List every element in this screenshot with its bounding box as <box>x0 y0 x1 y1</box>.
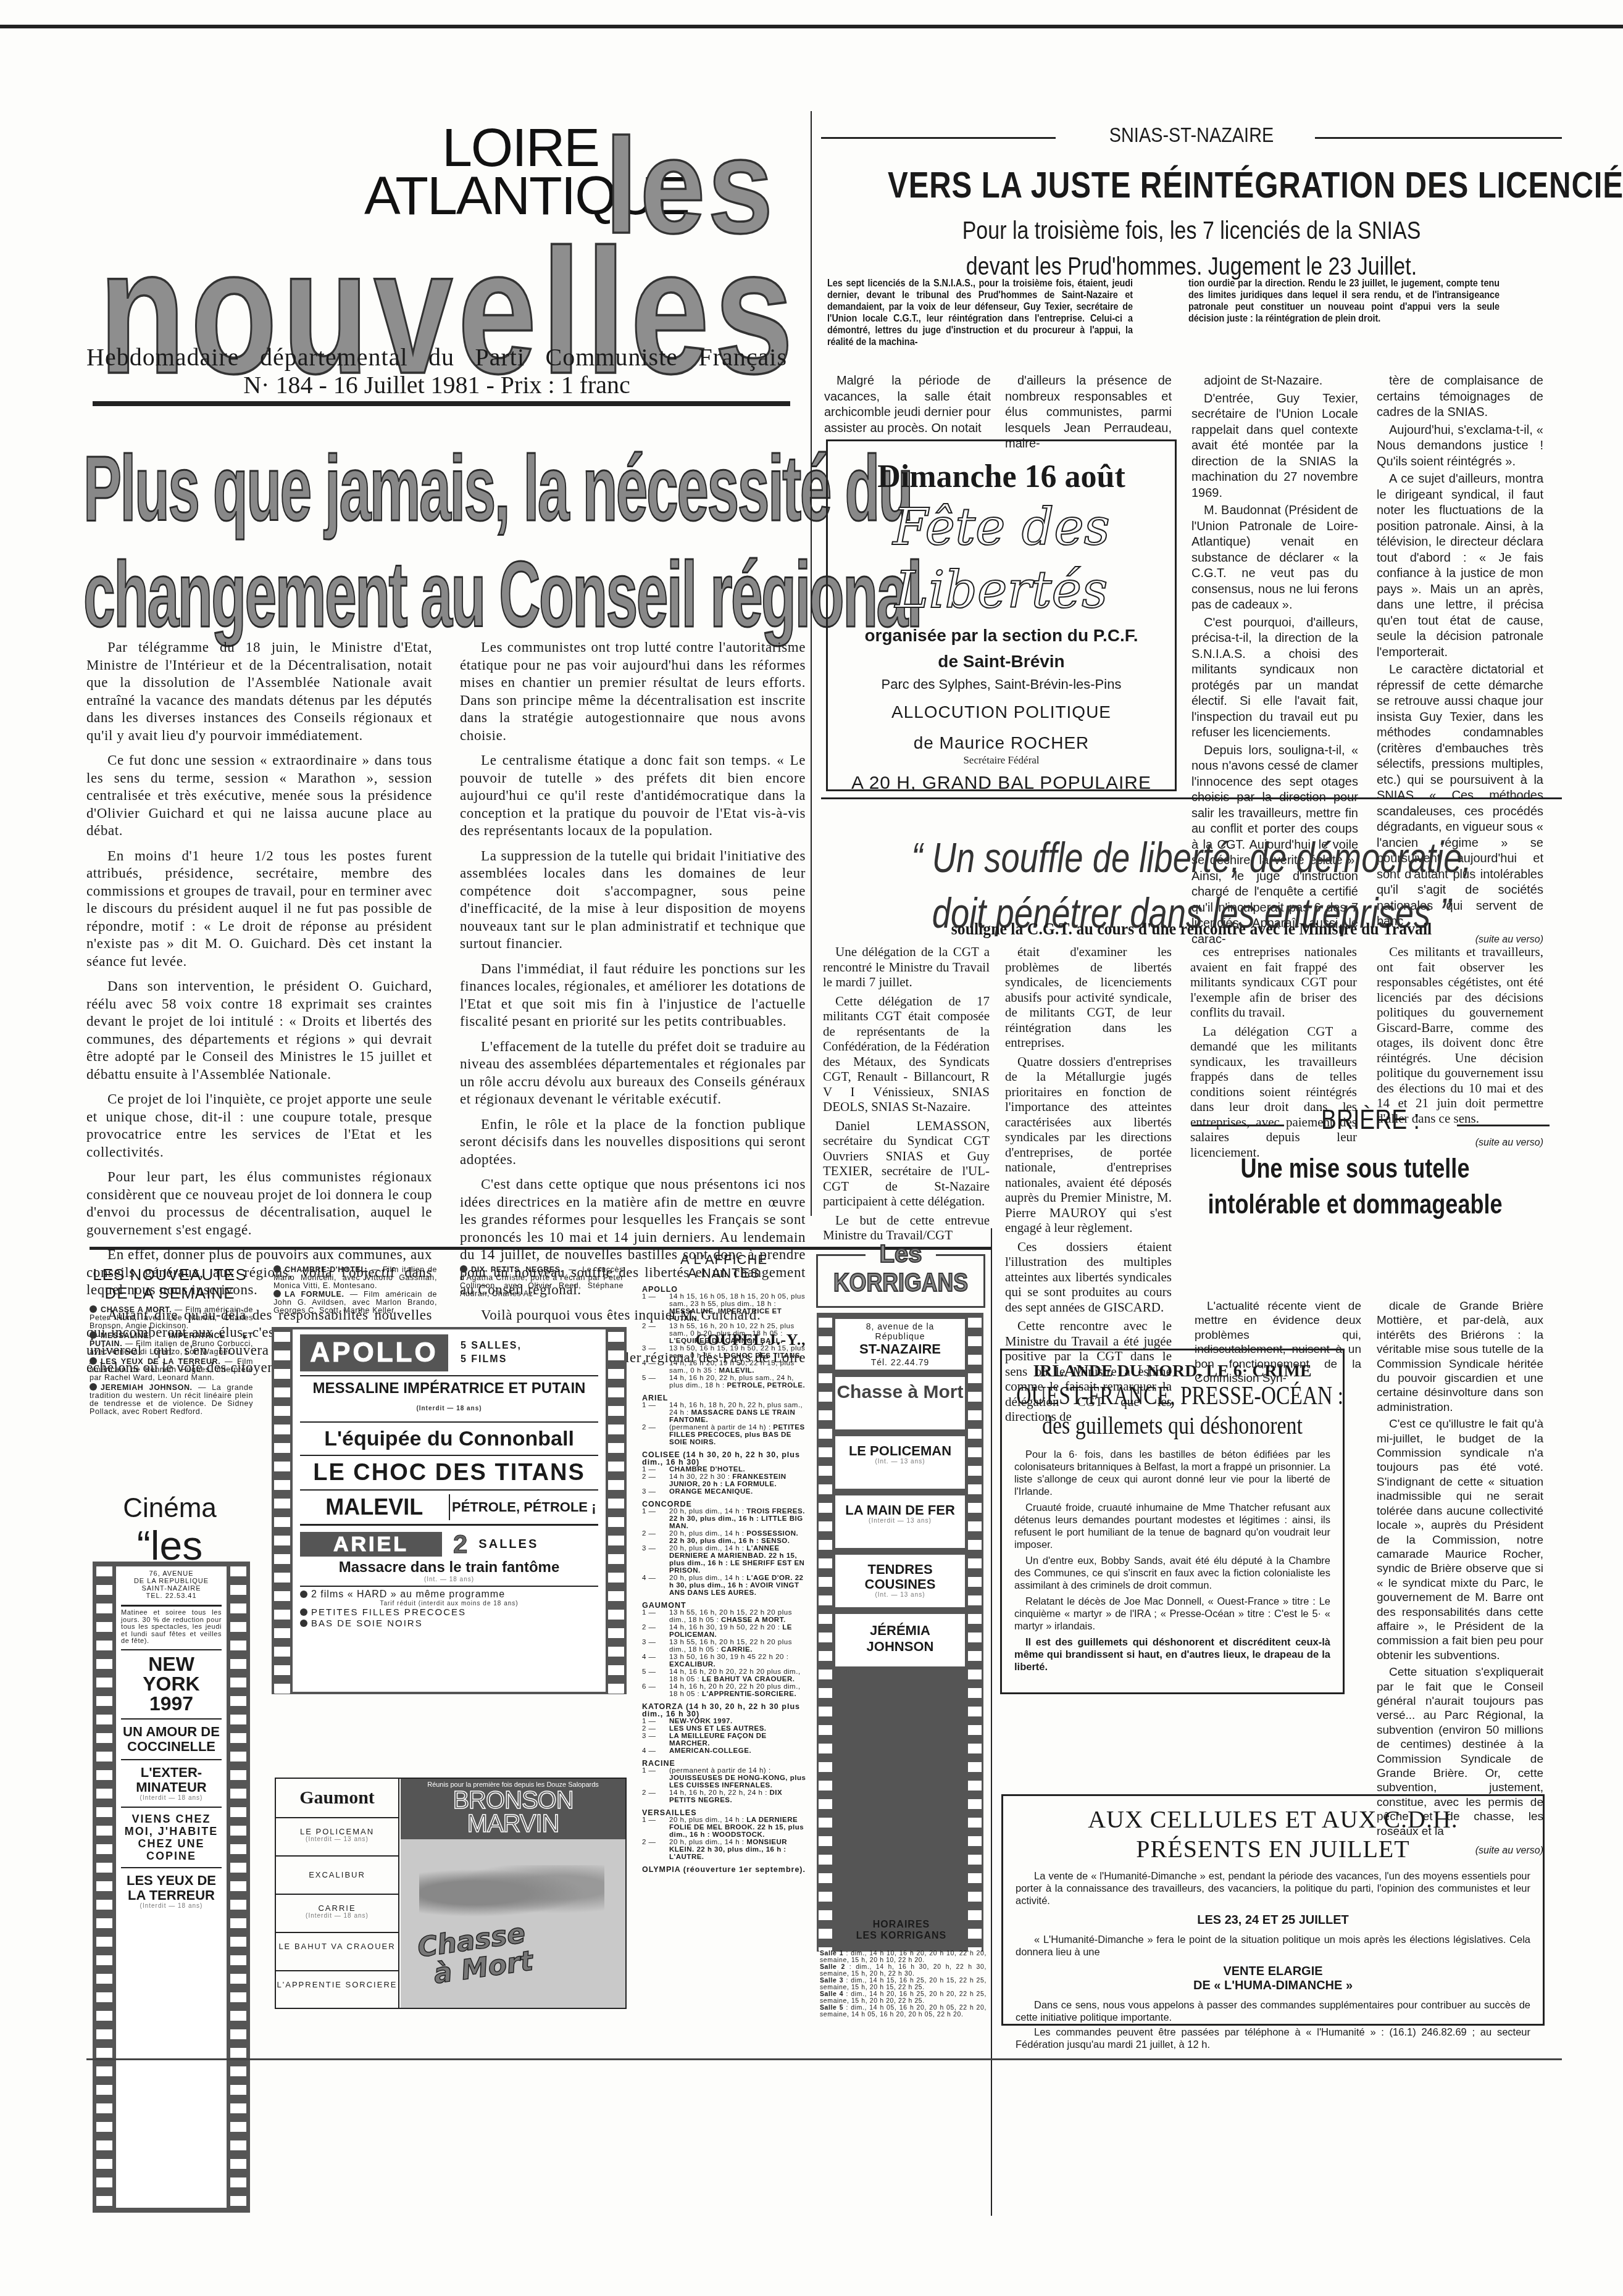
cinema-club-filmstrip: 76, AVENUE DE LA REPUBLIQUE SAINT-NAZAIR… <box>93 1562 250 2213</box>
nouveautes-list-2: CHAMBRE D'HOTEL. — Film italien de Mario… <box>273 1265 437 1315</box>
fete-date: Dimanche 16 août <box>828 459 1175 495</box>
screen-number: 1 — <box>642 1402 669 1424</box>
cinema-name: KATORZA (14 h 30, 20 h, 22 h 30 plus dim… <box>642 1703 809 1718</box>
paragraph: Ce projet de loi l'inquiète, ce projet a… <box>86 1091 432 1161</box>
chasse-a-mort-poster: Réunis pour la première fois depuis les … <box>401 1779 625 2008</box>
fete-organizer: organisée par la section du P.C.F. <box>828 625 1175 647</box>
paragraph: tère de complaisance de certains témoign… <box>1377 373 1543 421</box>
horaires-title-1: HORAIRES <box>815 1920 988 1931</box>
showtime-row: 2 —14 h, 16 h 30, 19 h 50, 22 h 20 : LE … <box>642 1624 809 1639</box>
paragraph: Quatre dossiers d'entreprises de la Méta… <box>1005 1054 1172 1236</box>
fete-speaker: de Maurice ROCHER <box>828 732 1175 754</box>
korrigans-title-2: KORRIGANS <box>827 1268 975 1297</box>
nouveautes-list: CHASSE A MORT. — Film américain de Peter… <box>90 1305 253 1417</box>
film-title: LES YEUX DE LA TERREUR. <box>101 1357 220 1366</box>
fete-title-line2: Libertés <box>828 560 1175 621</box>
bullet-icon <box>90 1305 97 1313</box>
film-title: LA FORMULE. <box>285 1290 344 1299</box>
briere-kicker-label: BRIÈRE : <box>1219 1105 1523 1136</box>
paragraph: L'effacement de la tutelle du préfet doi… <box>460 1038 806 1108</box>
film-title: PETITES FILLES PRECOCES, plus BAS DE SOI… <box>669 1424 805 1446</box>
ariel-hard-note: Tarif réduit (interdit aux moins de 18 a… <box>300 1600 598 1607</box>
korrigans-film: JÉRÉMIA JOHNSON <box>835 1614 965 1666</box>
film-title: EXCALIBUR <box>276 1870 398 1879</box>
apollo-tagline-1: 5 SALLES, <box>461 1339 522 1353</box>
film-title: L'EXTER-MINATEUR <box>121 1765 222 1795</box>
snias-kicker-label: SNIAS-ST-NAZAIRE <box>877 123 1506 148</box>
address-line: 8, avenue de la <box>835 1321 965 1331</box>
paragraph: Pour leur part, les élus communistes rég… <box>86 1168 432 1239</box>
film-title: JOUISSEUSES DE HONG-KONG, plus LES CUISS… <box>669 1774 806 1789</box>
paragraph: Dans l'immédiat, il faut réduire les pon… <box>460 960 806 1031</box>
paragraph: La vente de « l'Humanité-Dimanche » est,… <box>1016 1870 1530 1907</box>
showtimes: 13 h 50, 16 h 30, 19 h 45 22 h 20 : EXCA… <box>669 1653 809 1668</box>
horaires-title-2: LES KORRIGANS <box>815 1931 988 1942</box>
snias-lead-col1: Les sept licenciés de la S.N.I.A.S., pou… <box>827 278 1133 348</box>
showtime-row: 2 —14 h 30, 22 h 30 : FRANKESTEIN JUNIOR… <box>642 1473 809 1488</box>
film-title: BAS DE SOIE NOIRS <box>311 1618 423 1629</box>
screen-number: 3 — <box>642 1345 669 1360</box>
screen-number: 3 — <box>642 1732 669 1747</box>
film-title: EXCALIBUR. <box>669 1661 716 1668</box>
continued-note: (suite au verso) <box>1377 1136 1543 1151</box>
film-title: L'AGE D'OR. 22 h 30, plus dim., 16 h : A… <box>669 1574 804 1597</box>
affiche-title-line2: A NANTES <box>639 1267 809 1280</box>
gaumont-film: LE BAHUT VA CRAOUER <box>276 1932 398 1970</box>
film-title: LE BAHUT VA CRAOUER. <box>702 1676 795 1683</box>
screen-number: 4 — <box>642 1653 669 1668</box>
showtime-row: 1 —20 h, plus dim., 14 h : TROIS FRERES.… <box>642 1508 809 1530</box>
showtime-row: 4 —13 h 50, 16 h 30, 19 h 45 22 h 20 : E… <box>642 1653 809 1668</box>
screen-number: 1 — <box>642 1609 669 1624</box>
showtime-row: 3 —20 h, plus dim., 14 h : L'ANNEE DERNI… <box>642 1545 809 1574</box>
screen-number: 2 — <box>642 1473 669 1488</box>
paragraph: Malgré la période de vacances, la salle … <box>824 373 991 436</box>
paragraph: D'entrée, Guy Texier, secrétaire de l'Un… <box>1191 391 1358 502</box>
film-holes <box>608 1327 624 1694</box>
briere-kicker: BRIÈRE : <box>1191 1111 1550 1136</box>
main-headline-line2: changement au Conseil régional <box>83 541 811 647</box>
film-title: L'ANNEE DERNIERE A MARIENBAD. 22 h 15, p… <box>669 1545 804 1574</box>
showtimes: 14 h, 16 h, 20 h 20, 22 h 20 plus dim., … <box>669 1683 809 1698</box>
screen-number: 6 — <box>642 1683 669 1698</box>
rating-note: (Int. — 18 ans) <box>300 1576 598 1583</box>
cgt-subheadline: souligne la C.G.T. au cours d'une rencon… <box>851 920 1532 939</box>
showtime-row: 2 —20 h, plus dim., 14 h : MONSIEUR KLEI… <box>642 1839 809 1861</box>
rating-note: (Int. — 13 ans) <box>835 1458 965 1465</box>
snias-kicker: SNIAS-ST-NAZAIRE <box>821 123 1562 148</box>
paragraph: En moins d'1 heure 1/2 tous les postes f… <box>86 847 432 971</box>
showtime-row: 1 —13 h 55, 16 h, 20 h 15, 22 h 20 plus … <box>642 1609 809 1624</box>
showtimes: 13 h 55, 16 h, 20 h 15, 22 h 20 plus dim… <box>669 1609 809 1624</box>
briere-headline: Une mise sous tutelle intolérable et dom… <box>1185 1151 1524 1223</box>
screen-number: 1 — <box>642 1508 669 1530</box>
film-title: MONSIEUR KLEIN. 22 h 30, plus dim., 16 h… <box>669 1839 787 1861</box>
snias-headline: VERS LA JUSTE RÉINTÉGRATION DES LICENCIÉ… <box>888 164 1495 206</box>
apollo-film-1: MESSALINE IMPÉRATRICE ET PUTAIN (Interdi… <box>300 1380 598 1418</box>
irlande-headline-2: OUEST-FRANCE, PRESSE-OCÉAN : <box>1016 1381 1329 1411</box>
paragraph: La délégation CGT a demandé que les mili… <box>1190 1024 1357 1160</box>
affiche-nantes-listing: APOLLO1 —14 h 15, 16 h 05, 18 h 15, 20 h… <box>642 1281 809 1873</box>
screen-number: 1 — <box>642 1293 669 1323</box>
showtimes: 13 h 55, 16 h, 20 h 10, 22 h 25, plus sa… <box>669 1323 809 1345</box>
screen-number: 1 — <box>642 1767 669 1789</box>
showtimes: 14 h, 16 h, 20 h, 22 h, 24 h : DIX PETIT… <box>669 1789 809 1804</box>
cinema-name: RACINE <box>642 1760 809 1767</box>
korrigans-logo: Les KORRIGANS <box>814 1241 988 1312</box>
list-item: MESSALINE, IMPERATRICE ET PUTAIN. — Film… <box>90 1331 253 1356</box>
horaire-row: Salle 4 : dim., 14 h 20, 16 h 25, 20 h 2… <box>820 1991 987 2005</box>
paragraph: Daniel LEMASSON, secrétaire du Syndicat … <box>823 1118 990 1209</box>
aux-sale-line1: VENTE ELARGIE <box>1016 1965 1530 1979</box>
column-divider <box>811 111 812 1216</box>
showtimes: 20 h, plus dim., 14 h : L'ANNEE DERNIERE… <box>669 1545 809 1574</box>
gaumont-film: CARRIE(Interdit — 18 ans) <box>276 1894 398 1932</box>
fete-organizer-section: de Saint-Brévin <box>828 651 1175 673</box>
bullet-icon <box>300 1608 307 1616</box>
masthead-rule <box>93 401 790 406</box>
korrigans-film: LA MAIN DE FER (Interdit — 13 ans) <box>835 1495 965 1548</box>
bullet-icon <box>90 1357 97 1365</box>
showtimes: CHAMBRE D'HOTEL. <box>669 1466 745 1473</box>
gaumont-logo: Gaumont <box>276 1779 398 1817</box>
film-title: LE POLICEMAN <box>835 1444 965 1458</box>
showtime-row: 1 —NEW-YORK 1997. <box>642 1718 809 1725</box>
snias-subhead-line1: Pour la troisième fois, les 7 licenciés … <box>877 213 1506 249</box>
paragraph: Les communistes ont trop lutté contre l'… <box>460 639 806 744</box>
showtime-row: 5 —14 h, 16 h 20, 22 h, plus sam., 24 h,… <box>642 1375 809 1389</box>
paragraph: Pour la 6· fois, dans les bastilles de b… <box>1014 1449 1330 1498</box>
showtimes: 20 h, plus dim., 14 h : TROIS FRERES. 22… <box>669 1508 809 1530</box>
film-title: AMERICAN-COLLEGE. <box>669 1747 751 1755</box>
screen-number: 2 — <box>642 1725 669 1732</box>
salle-times: : dim., 14 h 20, 16 h 25, 20 h 20, 22 h … <box>820 1990 987 2005</box>
aux-headline-1: AUX CELLULES ET AUX C.D.H. <box>1016 1805 1530 1834</box>
showtime-row: 3 —13 h 50, 16 h 15, 19 h 50, 22 h 15, p… <box>642 1345 809 1360</box>
film-title: L'EQUIPEE DU CANNON BALL. <box>669 1337 783 1345</box>
film-title: CHASSE A MORT. <box>721 1616 786 1624</box>
cinema-name: VERSAILLES <box>642 1809 809 1816</box>
film-title: L'APPRENTIE SORCIERE <box>276 1980 398 1989</box>
fete-title-line1: Fête des <box>828 497 1175 558</box>
fete-evening: A 20 H, GRAND BAL POPULAIRE <box>828 773 1175 794</box>
horaire-row: Salle 5 : dim., 14 h 05, 16 h 20, 20 h 0… <box>820 2005 987 2018</box>
cinema-name: COLISEE (14 h 30, 20 h, 22 h 30, plus di… <box>642 1451 809 1466</box>
gaumont-film: L'APPRENTIE SORCIERE <box>276 1970 398 2008</box>
screen-number: 2 — <box>642 1424 669 1446</box>
main-headline: Plus que jamais, la nécessité du changem… <box>83 435 811 647</box>
showtime-row: 2 —13 h 55, 16 h, 20 h 10, 22 h 25, plus… <box>642 1323 809 1345</box>
apollo-ariel-ad: APOLLO 5 SALLES, 5 FILMS MESSALINE IMPÉR… <box>272 1327 627 1694</box>
nouveautes-title-line1: LES NOUVEAUTES <box>86 1265 253 1284</box>
showtime-row: 1 —14 h 15, 16 h 05, 18 h 15, 20 h 05, p… <box>642 1293 809 1323</box>
irlande-headline-3: des guillemets qui déshonorent <box>1038 1411 1306 1440</box>
showtimes: NEW-YORK 1997. <box>669 1718 733 1725</box>
rating-note: (Interdit — 13 ans) <box>835 1518 965 1524</box>
paragraph: Cruauté froide, cruauté inhumaine de Mme… <box>1014 1502 1330 1551</box>
poster-star-2: MARVIN <box>404 1812 622 1836</box>
rating-note: (Interdit — 18 ans) <box>416 1405 482 1412</box>
horaire-row: Salle 3 : dim., 14 h 15, 16 h 25, 20 h 1… <box>820 1978 987 1991</box>
ariel-film: Massacre dans le train fantôme <box>300 1559 598 1576</box>
paragraph: C'est pourquoi, d'ailleurs, précisa-t-il… <box>1191 615 1358 741</box>
page-top-rule <box>0 25 1623 28</box>
showtimes: 14 h, 16 h, 20 h 20, 22 h 20 plus dim., … <box>669 1668 809 1683</box>
film-holes <box>819 1313 832 1952</box>
paragraph: ces entreprises nationales avaient en fa… <box>1190 944 1357 1020</box>
bullet-icon <box>90 1331 97 1339</box>
briere-col2: dicale de Grande Brière Mottière, et par… <box>1377 1299 1543 1858</box>
nouveautes-list-3: DIX PETITS NEGRES. — Le succès d'Agatha … <box>460 1265 624 1298</box>
snias-body-col1: Malgré la période de vacances, la salle … <box>824 373 991 438</box>
bullet-icon <box>300 1591 307 1598</box>
korrigans-film: LE POLICEMAN (Int. — 13 ans) <box>835 1436 965 1489</box>
cinema-name: CONCORDE <box>642 1500 809 1508</box>
paragraph: C'est ce qu'illustre le fait qu'à mi-jui… <box>1377 1417 1543 1663</box>
main-headline-line1: Plus que jamais, la nécessité du <box>83 435 811 541</box>
affiche-title-line1: A L'AFFICHE <box>639 1253 809 1267</box>
briere-headline-line1: Une mise sous tutelle <box>1185 1151 1524 1187</box>
film-holes <box>96 1562 112 2213</box>
poster-illustration <box>419 1865 604 1921</box>
affiche-nantes-title: A L'AFFICHE A NANTES <box>639 1253 809 1280</box>
address-line: TEL. 22.53.41 <box>121 1592 222 1600</box>
bullet-icon <box>273 1265 281 1273</box>
screen-number: 3 — <box>642 1545 669 1574</box>
list-item: JEREMIAH JOHNSON. — La grande tradition … <box>90 1383 253 1416</box>
paragraph: M. Baudonnat (Président de l'Union Patro… <box>1191 503 1358 614</box>
gaumont-film: EXCALIBUR <box>276 1855 398 1894</box>
film-title: LA MEILLEURE FAÇON DE MARCHER. <box>669 1732 767 1747</box>
nouveautes-title-line2: DE LA SEMAINE <box>86 1284 253 1302</box>
address-line: 76, AVENUE <box>121 1570 222 1578</box>
snias-lead-col2: tion ourdie par la direction. Rendu le 2… <box>1188 278 1500 325</box>
gaumont-film: LE POLICEMAN(Interdit — 13 ans) <box>276 1817 398 1855</box>
showtimes: ORANGE MECANIQUE. <box>669 1488 753 1495</box>
paragraph: Par télégramme du 18 juin, le Ministre d… <box>86 639 432 744</box>
screen-number: 2 — <box>642 1839 669 1861</box>
showtimes: 14 h 15, 16 h 05, 18 h 15, 20 h 05, plus… <box>669 1293 809 1323</box>
screen-number: 3 — <box>642 1639 669 1653</box>
horaire-row: Salle 1 : dim., 14 h 10, 16 h 20, 20 h 1… <box>820 1950 987 1964</box>
paragraph: A ce sujet d'ailleurs, montra le dirigea… <box>1377 472 1543 660</box>
film-title: LE POLICEMAN <box>276 1827 398 1836</box>
poster-star-1: BRONSON <box>404 1789 622 1812</box>
snias-subheadline: Pour la troisième fois, les 7 licenciés … <box>877 213 1506 285</box>
korrigans-city: ST-NAZAIRE <box>835 1341 965 1357</box>
address-line: SAINT-NAZAIRE <box>121 1585 222 1592</box>
korrigans-address: 8, avenue de la République ST-NAZAIRE Té… <box>835 1319 965 1370</box>
showtime-row: 1 —20 h, plus dim., 14 h : LA DERNIERE F… <box>642 1816 809 1839</box>
film-title: NEW-YORK 1997. <box>669 1718 733 1725</box>
showtime-row: 3 —LA MEILLEURE FAÇON DE MARCHER. <box>642 1732 809 1747</box>
film-title: CARRIE. <box>721 1646 753 1653</box>
paragraph: adjoint de St-Nazaire. <box>1191 373 1358 389</box>
showtime-row: 3 —ORANGE MECANIQUE. <box>642 1488 809 1495</box>
ariel-tagline: SALLES <box>478 1537 538 1552</box>
list-item: CHASSE A MORT. — Film américain de Peter… <box>90 1305 253 1330</box>
salle-times: : dim., 14 h, 16 h 30, 20 h, 22 h 30, se… <box>820 1963 987 1978</box>
apollo-tagline-2: 5 FILMS <box>461 1353 522 1366</box>
showtime-row: 1 —14 h, 16 h, 18 h, 20 h, 22 h, plus sa… <box>642 1402 809 1424</box>
film-title: MESSALINE IMPÉRATRICE ET PUTAIN <box>313 1380 586 1397</box>
showtime-row: 2 —20 h, plus dim., 14 h : POSSESSION. 2… <box>642 1530 809 1545</box>
showtimes: 20 h, plus dim., 14 h : POSSESSION. 22 h… <box>669 1530 809 1545</box>
showtime-row: 6 —14 h, 16 h, 20 h 20, 22 h 20 plus dim… <box>642 1683 809 1698</box>
salle-times: : dim., 14 h 05, 16 h 20, 20 h 05, 22 h … <box>820 2004 987 2018</box>
address-line: République <box>835 1331 965 1341</box>
film-title: CARRIE <box>276 1903 398 1913</box>
film-holes <box>968 1313 982 1952</box>
korrigans-filmstrip: 8, avenue de la République ST-NAZAIRE Té… <box>817 1313 983 1952</box>
fete-allocution: ALLOCUTION POLITIQUE <box>828 701 1175 723</box>
bullet-icon <box>90 1383 97 1391</box>
masthead-region: LOIRE ATLANTIQUE <box>364 123 599 220</box>
paragraph: Ces dossiers étaient l'illustration des … <box>1005 1239 1172 1315</box>
film-title: LA DERNIERE FOLIE DE MEL BROOK. 22 h 15,… <box>669 1816 804 1839</box>
showtimes: LA MEILLEURE FAÇON DE MARCHER. <box>669 1732 809 1747</box>
list-item: CHAMBRE D'HOTEL. — Film italien de Mario… <box>273 1265 437 1290</box>
list-item: LA FORMULE. — Film américain de John G. … <box>273 1290 437 1315</box>
screen-number: 2 — <box>642 1323 669 1345</box>
salle-times: : dim., 14 h 15, 16 h 25, 20 h 15, 22 h … <box>820 1977 987 1991</box>
cgt-col1: Une délégation de la CGT a rencontré le … <box>823 944 990 1247</box>
fete-des-libertes-ad: Dimanche 16 août Fête des Libertés organ… <box>826 439 1177 791</box>
showtimes: 20 h, plus dim., 14 h : LA DERNIERE FOLI… <box>669 1816 809 1839</box>
kicker-rule <box>1457 1125 1550 1126</box>
paragraph: Cette délégation de 17 militants CGT éta… <box>823 994 990 1115</box>
korrigans-film: Chasse à Mort <box>835 1377 965 1429</box>
showtimes: (permanent à partir de 14 h) : PETITES F… <box>669 1424 809 1446</box>
paragraph: Le but de cette entrevue Ministre du Tra… <box>823 1213 990 1243</box>
cinema-club-info: Matinee et soiree tous les jours. 30 % d… <box>121 1610 222 1645</box>
film-title: PETITES FILLES PRECOCES <box>311 1607 466 1618</box>
film-title: LE POLICEMAN. <box>669 1624 792 1639</box>
screen-number: 2 — <box>642 1624 669 1639</box>
film-title: TENDRES COUSINES <box>835 1562 965 1592</box>
screen-number: 1 — <box>642 1816 669 1839</box>
apollo-film-3: LE CHOC DES TITANS <box>300 1460 598 1486</box>
showtimes: 14 h, 16 h 20, 19 h 50, 22 h 15, plus sa… <box>669 1360 809 1375</box>
screen-number: 2 — <box>642 1530 669 1545</box>
cinema-club-name-1: Cinéma <box>86 1494 253 1523</box>
screen-number: 3 — <box>642 1488 669 1495</box>
bullet-icon <box>273 1290 281 1297</box>
ariel-hard-line: 2 films « HARD » au même programme <box>311 1589 505 1600</box>
showtimes: 14 h, 16 h, 18 h, 20 h, 22 h, plus sam.,… <box>669 1402 809 1424</box>
film-title: CHAMBRE D'HOTEL. <box>669 1466 745 1473</box>
rating-note: (Interdit — 18 ans) <box>276 1913 398 1920</box>
film-title: L'APPRENTIE-SORCIERE. <box>702 1691 796 1698</box>
screen-number: 2 — <box>642 1789 669 1804</box>
column-divider <box>991 1228 992 2216</box>
paragraph: Il est des guillemets qui déshonorent et… <box>1014 1636 1330 1673</box>
horaire-row: Salle 2 : dim., 14 h, 16 h 30, 20 h, 22 … <box>820 1964 987 1978</box>
film-holes <box>274 1327 290 1694</box>
nouveautes-title: LES NOUVEAUTES DE LA SEMAINE <box>86 1265 253 1302</box>
showtimes: 14 h 30, 22 h 30 : FRANKESTEIN JUNIOR, 2… <box>669 1473 809 1488</box>
bullet-icon <box>300 1620 307 1627</box>
showtimes: 14 h, 16 h 20, 22 h, plus sam., 24 h, pl… <box>669 1375 809 1389</box>
showtime-row: 4 —AMERICAN-COLLEGE. <box>642 1747 809 1755</box>
horaires-title: HORAIRES LES KORRIGANS <box>815 1920 988 1942</box>
screen-number: 1 — <box>642 1466 669 1473</box>
showtime-row: 1 —(permanent à partir de 14 h) : JOUISS… <box>642 1767 809 1789</box>
film-title: LES YEUX DE LA TERREUR <box>121 1873 222 1903</box>
showtimes: 14 h, 16 h 30, 19 h 50, 22 h 20 : LE POL… <box>669 1624 809 1639</box>
paragraph: Ces militants et travailleurs, ont fait … <box>1377 944 1543 1126</box>
showtimes: 13 h 50, 16 h 15, 19 h 50, 22 h 15, plus… <box>669 1345 809 1360</box>
film-title: MESSALINE, IMPERATRICE ET PUTAIN. <box>669 1308 782 1323</box>
showtimes: 20 h, plus dim., 14 h : L'AGE D'OR. 22 h… <box>669 1574 809 1597</box>
page-bottom-rule <box>86 2058 1562 2060</box>
film-title: LES UNS ET LES AUTRES. <box>669 1725 767 1732</box>
paragraph: La suppression de la tutelle qui bridait… <box>460 847 806 953</box>
showtimes: LES UNS ET LES AUTRES. <box>669 1725 767 1732</box>
showtime-row: 2 —(permanent à partir de 14 h) : PETITE… <box>642 1424 809 1446</box>
showtime-row: 2 —14 h, 16 h, 20 h, 22 h, 24 h : DIX PE… <box>642 1789 809 1804</box>
film-title: LE BAHUT VA CRAOUER <box>276 1942 398 1951</box>
paragraph: Un d'entre eux, Bobby Sands, avait été é… <box>1014 1555 1330 1592</box>
film-holes <box>230 1562 246 2213</box>
aux-headline-2: PRÉSENTS EN JUILLET <box>1016 1834 1530 1864</box>
film-title: VIENS CHEZ MOI, J'HABITE CHEZ UNE COPINE <box>121 1813 222 1862</box>
paragraph: était d'examiner les problèmes de libert… <box>1005 944 1172 1050</box>
screen-number: 4 — <box>642 1747 669 1755</box>
film-title: CHASSE A MORT. <box>101 1305 172 1314</box>
film-title: PETROLE, PETROLE. <box>727 1382 805 1389</box>
ariel-room-count: 2 <box>453 1529 467 1559</box>
cinema-club-address: 76, AVENUE DE LA REPUBLIQUE SAINT-NAZAIR… <box>121 1570 222 1600</box>
gaumont-ad: Gaumont LE POLICEMAN(Interdit — 13 ans) … <box>275 1778 627 2009</box>
irlande-box: IRLANDE DU NORD, LE 6· CRIME OUEST-FRANC… <box>1000 1349 1345 1694</box>
kicker-rule <box>1315 137 1562 139</box>
list-item: LES YEUX DE LA TERREUR. — Film américain… <box>90 1357 253 1382</box>
paragraph: Relatant le décès de Joe Mac Donnell, « … <box>1014 1595 1330 1633</box>
showtime-row: 4 —14 h, 16 h 20, 19 h 50, 22 h 15, plus… <box>642 1360 809 1375</box>
film-title: LA MAIN DE FER <box>835 1503 965 1518</box>
film-title: POSSESSION. 22 h 30, plus dim., 16 h : S… <box>669 1530 798 1545</box>
paragraph: dicale de Grande Brière Mottière, et par… <box>1377 1299 1543 1415</box>
apollo-logo: APOLLO <box>300 1334 448 1371</box>
address-line: DE LA REPUBLIQUE <box>121 1578 222 1585</box>
korrigans-title-1: Les <box>814 1241 988 1268</box>
film-title: CHAMBRE D'HOTEL. <box>285 1265 369 1274</box>
apollo-film-4: MALEVIL <box>300 1494 450 1520</box>
irlande-headline-1: IRLANDE DU NORD, LE 6· CRIME <box>1014 1362 1330 1381</box>
showtime-row: 3 —13 h 55, 16 h, 20 h 15, 22 h 20 plus … <box>642 1639 809 1653</box>
film-title: NEW YORK 1997 <box>121 1654 222 1713</box>
masthead-subtitle: Hebdomadaire départemental du Parti Comm… <box>86 343 787 372</box>
showtime-row: 1 —CHAMBRE D'HOTEL. <box>642 1466 809 1473</box>
bullet-icon <box>460 1265 467 1273</box>
ariel-logo: ARIEL <box>300 1532 442 1557</box>
showtimes: (permanent à partir de 14 h) : JOUISSEUS… <box>669 1767 809 1789</box>
screen-number: 4 — <box>642 1574 669 1597</box>
showtimes: AMERICAN-COLLEGE. <box>669 1747 751 1755</box>
screen-number: 1 — <box>642 1718 669 1725</box>
film-title: DIX PETITS NEGRES. <box>471 1265 563 1274</box>
paragraph: « L'Humanité-Dimanche » fera le point de… <box>1016 1934 1530 1958</box>
korrigans-film: TENDRES COUSINES (Int. — 13 ans) <box>835 1555 965 1607</box>
aux-cellules-box: AUX CELLULES ET AUX C.D.H. PRÉSENTS EN J… <box>1001 1794 1545 2026</box>
film-title: MASSACRE DANS LE TRAIN FANTOME. <box>669 1409 795 1424</box>
film-title: DIX PETITS NEGRES. <box>669 1789 782 1804</box>
briere-headline-line2: intolérable et dommageable <box>1185 1187 1524 1223</box>
cgt-headline-line1: “ Un souffle de liberté, de démocratie, <box>895 830 1488 886</box>
film-title: UN AMOUR DE COCCINELLE <box>121 1724 222 1754</box>
rating-note: (Int. — 13 ans) <box>835 1592 965 1599</box>
